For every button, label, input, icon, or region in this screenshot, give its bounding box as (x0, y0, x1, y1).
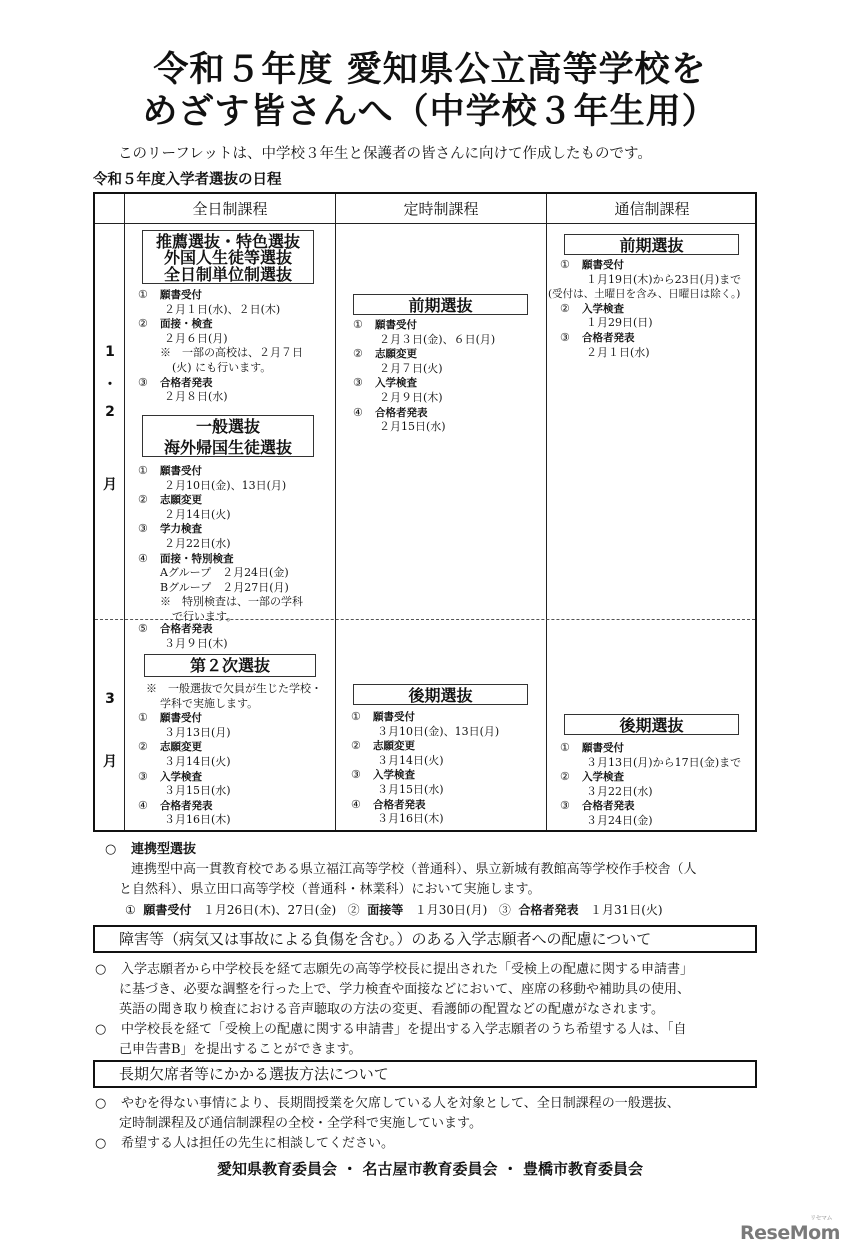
list-item: ①願書受付 (560, 741, 755, 756)
box-title: 第２次選抜 (145, 655, 315, 676)
page-title-line1: 令和５年度 愛知県公立高等学校を (90, 50, 770, 90)
box-title: 海外帰国生徒選抜 (143, 437, 313, 458)
box-title: 全日制単位制選抜 (142, 264, 314, 285)
list-item: ③入学検査 (353, 376, 543, 391)
disability-para-2: ○中学校長を経て「受検上の配慮に関する申請書」を提出する入学志願者のうち希望する… (95, 1020, 755, 1040)
list-item: ③入学検査 (138, 770, 333, 785)
list-item: ①願書受付 (353, 318, 543, 333)
renkei-text-1: 連携型中高一貫教育校である県立福江高等学校（普通科）、県立新城有教館高等学校作手… (95, 860, 755, 880)
circle-bullet-icon: ○ (95, 1094, 121, 1114)
selection-box-parttime-early: 前期選抜 (353, 294, 528, 315)
page-title-line2: めざす皆さんへ（中学校３年生用） (90, 92, 770, 132)
issuer-footer: 愛知県教育委員会 ・ 名古屋市教育委員会 ・ 豊橋市教育委員会 (90, 1158, 770, 1179)
column-header-fulltime: 全日制課程 (125, 194, 335, 224)
schedule-list-corr-early: ①願書受付 １月19日(木)から23日(月)まで (受付は、土曜日を含み、日曜日… (560, 258, 755, 360)
list-item: ③合格者発表 (560, 799, 755, 814)
list-item: ②入学検査 (560, 770, 755, 785)
selection-box-corr-late: 後期選抜 (564, 714, 739, 735)
schedule-list-ippan-result: ⑤合格者発表 ３月９日(木) (138, 622, 333, 651)
selection-box-suisen-lines: 全日制単位制選抜 (142, 230, 314, 284)
month-label: 2 (95, 404, 125, 420)
schedule-list-parttime-late: ①願書受付 ３月10日(金)、13日(月) ②志願変更 ３月14日(火) ③入学… (351, 710, 541, 827)
renkei-heading: 連携型選抜 (131, 842, 196, 857)
list-item: ③合格者発表 (138, 376, 333, 391)
box-title: 後期選抜 (565, 715, 738, 736)
logo-text: ReseMom (740, 1222, 840, 1244)
list-item: ①願書受付 (138, 288, 333, 303)
box-title: 前期選抜 (565, 235, 738, 256)
schedule-list-corr-late: ①願書受付 ３月13日(月)から17日(金)まで ②入学検査 ３月22日(水) … (560, 741, 755, 829)
schedule-list-second: ※ 一般選抜で欠員が生じた学校・ 学科で実施します。 ①願書受付 ３月13日(月… (138, 682, 333, 828)
list-item: ③入学検査 (351, 768, 541, 783)
schedule-list-ippan: ①願書受付 ２月10日(金)、13日(月) ②志願変更 ２月14日(火) ③学力… (138, 464, 333, 625)
list-item: ②志願変更 (138, 493, 333, 508)
schedule-table: 全日制課程 定時制課程 通信制課程 1 ・ 2 月 3 月 推薦選抜・特色選抜 … (93, 192, 757, 832)
disability-heading: 障害等（病気又は事故による負傷を含む。）のある入学志願者への配慮について (93, 925, 757, 953)
list-item: ②入学検査 (560, 302, 755, 317)
month-label: 月 (95, 751, 125, 771)
box-title: 前期選抜 (354, 295, 527, 316)
absence-para-2: ○希望する人は担任の先生に相談してください。 (95, 1134, 755, 1154)
selection-box-second: 第２次選抜 (144, 654, 316, 677)
column-header-parttime: 定時制課程 (336, 194, 546, 224)
selection-box-corr-early: 前期選抜 (564, 234, 739, 255)
schedule-list-suisen: ①願書受付 ２月１日(水)、２日(木) ②面接・検査 ２月６日(月) ※ 一部の… (138, 288, 333, 405)
disability-section: ○入学志願者から中学校長を経て志願先の高等学校長に提出された「受検上の配慮に関す… (95, 960, 755, 1060)
schedule-list-parttime-early: ①願書受付 ２月３日(金)、６日(月) ②志願変更 ２月７日(火) ③入学検査 … (353, 318, 543, 435)
list-item: ④合格者発表 (353, 406, 543, 421)
month-label: 月 (95, 474, 125, 494)
disability-para-1: ○入学志願者から中学校長を経て志願先の高等学校長に提出された「受検上の配慮に関す… (95, 960, 755, 980)
renkei-section: ○連携型選抜 連携型中高一貫教育校である県立福江高等学校（普通科）、県立新城有教… (95, 840, 755, 920)
box-title: 後期選抜 (354, 685, 527, 706)
list-item: ③合格者発表 (560, 331, 755, 346)
list-item: ③学力検査 (138, 522, 333, 537)
schedule-title: 令和５年度入学者選抜の日程 (93, 168, 282, 189)
circle-bullet-icon: ○ (95, 1020, 121, 1040)
list-item: ⑤合格者発表 (138, 622, 333, 637)
list-item: ②志願変更 (138, 740, 333, 755)
month-label: 1 (95, 344, 125, 360)
divider (124, 194, 125, 830)
list-item: ④合格者発表 (351, 798, 541, 813)
selection-box-parttime-late: 後期選抜 (353, 684, 528, 705)
circle-bullet-icon: ○ (95, 960, 121, 980)
logo-ruby: リセマム (810, 1213, 832, 1222)
divider (546, 194, 547, 830)
list-item: ①願書受付 (138, 711, 333, 726)
renkei-dates: ① 願書受付 １月26日(木)、27日(金) ② 面接等 １月30日(月) ③ … (95, 900, 755, 920)
selection-box-ippan: 一般選抜 海外帰国生徒選抜 (142, 415, 314, 457)
renkei-heading-row: ○連携型選抜 (95, 840, 755, 860)
month-label: ・ (95, 374, 125, 394)
divider (335, 194, 336, 830)
column-header-correspondence: 通信制課程 (547, 194, 757, 224)
resemom-logo: ReseMom リセマム (740, 1222, 840, 1244)
intro-text: このリーフレットは、中学校３年生と保護者の皆さんに向けて作成したものです。 (118, 142, 652, 163)
list-item: ①願書受付 (560, 258, 755, 273)
month-label: 3 (95, 691, 125, 707)
absence-para-1: ○やむを得ない事情により、長期間授業を欠席している人を対象として、全日制課程の一… (95, 1094, 755, 1114)
circle-bullet-icon: ○ (95, 840, 131, 860)
list-item: ②志願変更 (353, 347, 543, 362)
list-item: ④面接・特別検査 (138, 552, 333, 567)
list-item: ②面接・検査 (138, 317, 333, 332)
box-title: 一般選抜 (143, 416, 313, 437)
circle-bullet-icon: ○ (95, 1134, 121, 1154)
absence-section: ○やむを得ない事情により、長期間授業を欠席している人を対象として、全日制課程の一… (95, 1094, 755, 1154)
list-item: ①願書受付 (351, 710, 541, 725)
list-item: ②志願変更 (351, 739, 541, 754)
list-item: ④合格者発表 (138, 799, 333, 814)
absence-heading: 長期欠席者等にかかる選抜方法について (93, 1060, 757, 1088)
list-item: ①願書受付 (138, 464, 333, 479)
renkei-text-2: と自然科）、県立田口高等学校（普通科・林業科）において実施します。 (95, 880, 755, 900)
